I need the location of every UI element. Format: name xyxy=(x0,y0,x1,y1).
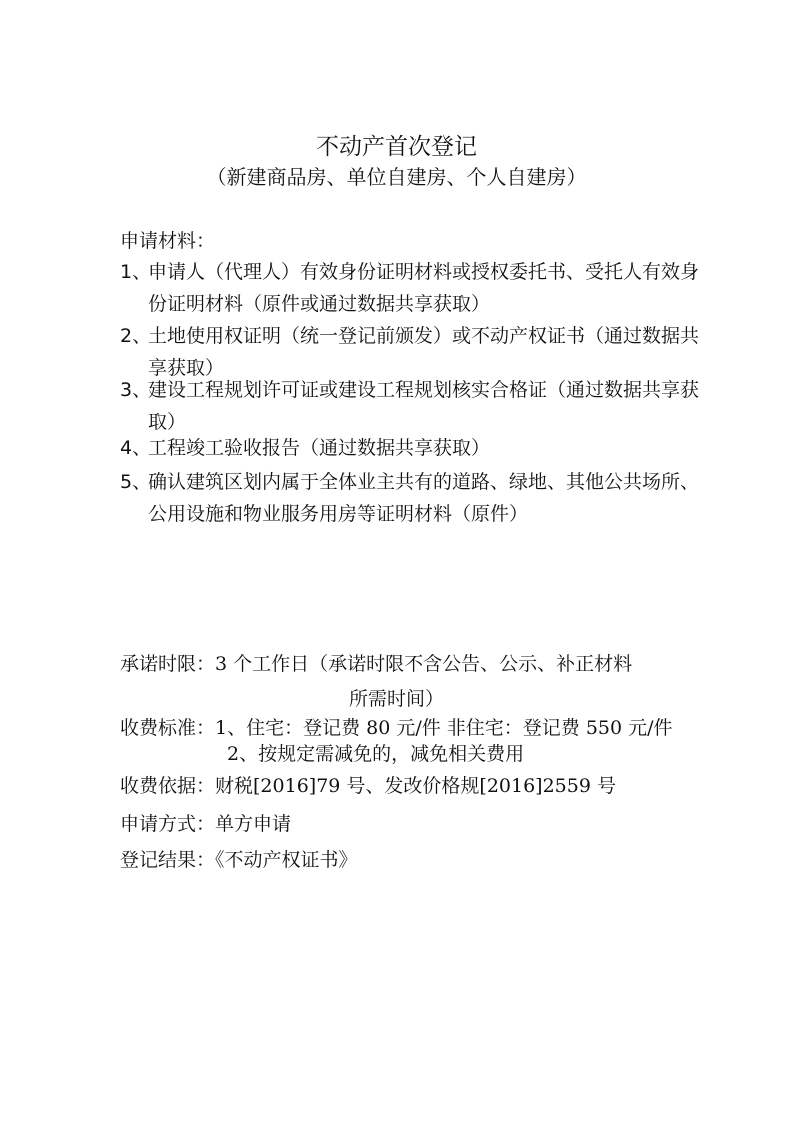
fee-basis-label: 收费依据： xyxy=(120,775,215,797)
materials-heading: 申请材料： xyxy=(120,226,215,253)
apply-method-label: 申请方式： xyxy=(120,813,215,835)
apply-method-value: 单方申请 xyxy=(215,813,291,835)
material-number: 1、 xyxy=(120,256,151,288)
registration-result: 登记结果：《不动产权证书》 xyxy=(120,844,358,876)
material-item: 5、 确认建筑区划内属于全体业主共有的道路、绿地、其他公共场所、公用设施和物业服… xyxy=(120,466,700,530)
material-number: 2、 xyxy=(120,320,151,352)
fee-basis-value: 财税[2016]79 号、发改价格规[2016]2559 号 xyxy=(215,775,616,797)
document-subtitle: （新建商品房、单位自建房、个人自建房） xyxy=(0,161,793,190)
time-limit-cont: 所需时间） xyxy=(0,684,793,711)
fee-standard-line2: 2、按规定需减免的，减免相关费用 xyxy=(227,738,524,770)
result-value: 《不动产权证书》 xyxy=(215,849,358,871)
time-limit-label: 承诺时限： xyxy=(120,653,215,675)
result-label: 登记结果： xyxy=(120,849,215,871)
fee-standard-line1: 1、住宅：登记费 80 元/件 非住宅：登记费 550 元/件 xyxy=(215,717,673,739)
time-limit-value: 3 个工作日（承诺时限不含公告、公示、补正材料 xyxy=(215,653,632,675)
time-limit: 承诺时限：3 个工作日（承诺时限不含公告、公示、补正材料 xyxy=(120,648,632,680)
material-text: 确认建筑区划内属于全体业主共有的道路、绿地、其他公共场所、公用设施和物业服务用房… xyxy=(120,466,700,530)
document-title: 不动产首次登记 xyxy=(0,128,793,161)
fee-standard-label: 收费标准： xyxy=(120,717,215,739)
material-text: 建设工程规划许可证或建设工程规划核实合格证（通过数据共享获取） xyxy=(120,374,700,438)
material-item: 4、 工程竣工验收报告（通过数据共享获取） xyxy=(120,432,700,464)
material-text: 申请人（代理人）有效身份证明材料或授权委托书、受托人有效身份证明材料（原件或通过… xyxy=(120,256,700,320)
material-number: 5、 xyxy=(120,466,151,498)
apply-method: 申请方式：单方申请 xyxy=(120,808,291,840)
material-number: 4、 xyxy=(120,432,151,464)
material-item: 3、 建设工程规划许可证或建设工程规划核实合格证（通过数据共享获取） xyxy=(120,374,700,438)
material-number: 3、 xyxy=(120,374,151,406)
material-item: 1、 申请人（代理人）有效身份证明材料或授权委托书、受托人有效身份证明材料（原件… xyxy=(120,256,700,320)
fee-basis: 收费依据：财税[2016]79 号、发改价格规[2016]2559 号 xyxy=(120,770,616,802)
material-text: 工程竣工验收报告（通过数据共享获取） xyxy=(120,432,700,464)
